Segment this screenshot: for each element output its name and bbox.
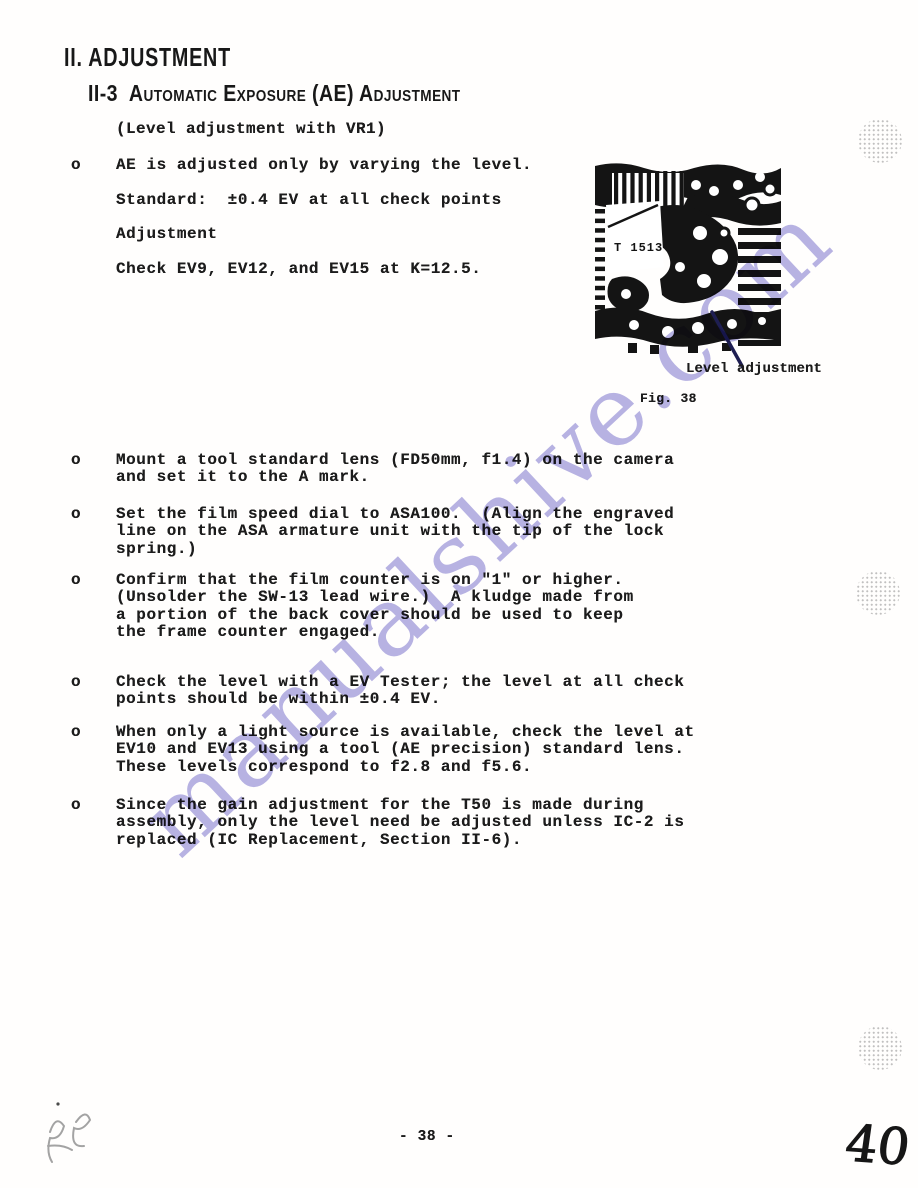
pencil-scribble <box>36 1096 120 1180</box>
intro-line: AE is adjusted only by varying the level… <box>116 148 532 183</box>
bullet-item: o Check the level with a EV Tester; the … <box>71 674 685 709</box>
bullet-marker: o <box>71 797 116 814</box>
bullet-line: a portion of the back cover should be us… <box>116 607 634 624</box>
bullet-item: o Set the film speed dial to ASA100. (Al… <box>71 506 674 558</box>
bullet-line: Mount a tool standard lens (FD50mm, f1.4… <box>116 452 674 469</box>
bullet-line: Check the level with a EV Tester; the le… <box>116 674 685 691</box>
section-heading: II. ADJUSTMENT <box>64 42 231 73</box>
intro-line: Adjustment <box>116 217 532 252</box>
bullet-line: line on the ASA armature unit with the t… <box>116 523 674 540</box>
chip-label-box <box>606 201 664 273</box>
subsection-heading: II-3 Automatic Exposure (AE) Adjustment <box>88 80 461 107</box>
bullet-line: Since the gain adjustment for the T50 is… <box>116 797 685 814</box>
intro-line: Standard: ±0.4 EV at all check points <box>116 183 532 218</box>
scan-page: II. ADJUSTMENT II-3 Automatic Exposure (… <box>0 0 918 1188</box>
figure-annotation: Level adjustment <box>686 362 822 376</box>
intro-bullet: o AE is adjusted only by varying the lev… <box>71 148 532 286</box>
bullet-marker: o <box>71 724 116 741</box>
bullet-line: EV10 and EV13 using a tool (AE precision… <box>116 741 695 758</box>
intro-line: Check EV9, EV12, and EV15 at K=12.5. <box>116 252 532 287</box>
subsection-subtitle: (Level adjustment with VR1) <box>116 120 386 138</box>
bullet-line: replaced (IC Replacement, Section II-6). <box>116 832 685 849</box>
bullet-marker: o <box>71 506 116 523</box>
chip-label: T 1513 <box>614 241 663 255</box>
bullet-line: These levels correspond to f2.8 and f5.6… <box>116 759 695 776</box>
handwritten-number-text: 40 <box>842 1115 914 1177</box>
bullet-line: When only a light source is available, c… <box>116 724 695 741</box>
bullet-item: o Since the gain adjustment for the T50 … <box>71 797 685 849</box>
bullet-line: points should be within ±0.4 EV. <box>116 691 685 708</box>
bullet-item: o Confirm that the film counter is on "1… <box>71 572 634 642</box>
handwritten-page-number: 40 <box>840 1110 918 1180</box>
bullet-line: the frame counter engaged. <box>116 624 634 641</box>
bullet-line: assembly, only the level need be adjuste… <box>116 814 685 831</box>
bullet-line: (Unsolder the SW-13 lead wire.) A kludge… <box>116 589 634 606</box>
bullet-line: spring.) <box>116 541 674 558</box>
bullet-marker: o <box>71 148 116 183</box>
bullet-line: and set it to the A mark. <box>116 469 674 486</box>
bullet-marker: o <box>71 674 116 691</box>
bullet-item: o When only a light source is available,… <box>71 724 695 776</box>
bullet-marker: o <box>71 572 116 589</box>
bullet-marker: o <box>71 452 116 469</box>
bullet-line: Confirm that the film counter is on "1" … <box>116 572 634 589</box>
halftone-spot <box>856 571 900 615</box>
halftone-spot <box>858 119 902 163</box>
bullet-item: o Mount a tool standard lens (FD50mm, f1… <box>71 452 674 487</box>
figure-caption: Fig. 38 <box>640 392 697 405</box>
pcb-figure: T 1513 <box>592 161 788 393</box>
page-number: - 38 - <box>399 1129 455 1145</box>
halftone-spot <box>858 1026 902 1070</box>
bullet-line: Set the film speed dial to ASA100. (Alig… <box>116 506 674 523</box>
